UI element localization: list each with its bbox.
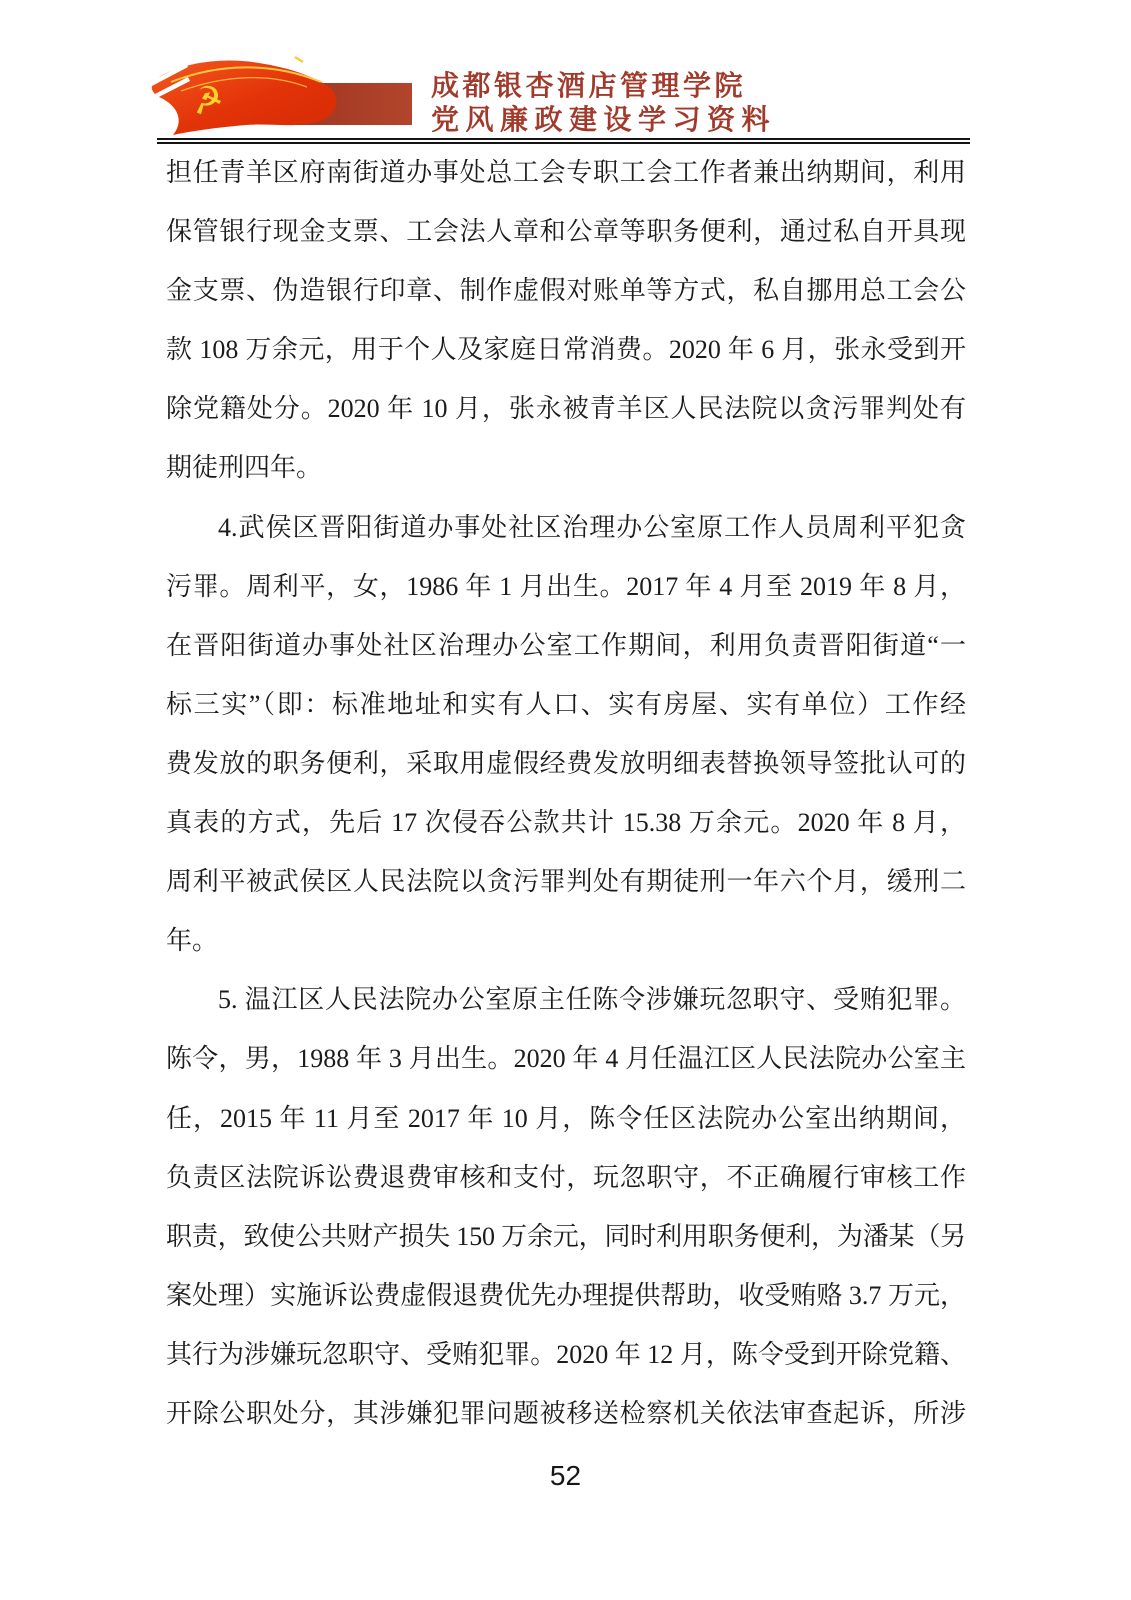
text-line: 在晋阳街道办事处社区治理办公室工作期间，利用负责晋阳街道“一 [166,616,966,675]
text-line: 保管银行现金支票、工会法人章和公章等职务便利，通过私自开具现 [166,202,966,261]
text-line: 开除公职处分，其涉嫌犯罪问题被移送检察机关依法审查起诉，所涉 [166,1384,966,1443]
document-body: 担任青羊区府南街道办事处总工会专职工会工作者兼出纳期间，利用保管银行现金支票、工… [166,143,966,1443]
text-line: 年。 [166,911,966,970]
party-flag-logo: ☭ [149,55,421,135]
text-line: 真表的方式，先后 17 次侵吞公款共计 15.38 万余元。2020 年 8 月… [166,793,966,852]
header-title-line2: 党风廉政建设学习资料 [431,104,776,138]
text-line: 4.武侯区晋阳街道办事处社区治理办公室原工作人员周利平犯贪 [166,498,966,557]
text-line: 负责区法院诉讼费退费审核和支付，玩忽职守，不正确履行审核工作 [166,1148,966,1207]
text-line: 其行为涉嫌玩忽职守、受贿犯罪。2020 年 12 月，陈令受到开除党籍、 [166,1325,966,1384]
header-title-line1: 成都银杏酒店管理学院 [431,70,776,104]
text-line: 标三实”（即：标准地址和实有人口、实有房屋、实有单位）工作经 [166,675,966,734]
text-line: 款 108 万余元，用于个人及家庭日常消费。2020 年 6 月，张永受到开 [166,320,966,379]
document-page: ☭ 成都银杏酒店管理学院 党风廉政建设学习资料 担任青羊区府南街道办事处总工会专… [0,0,1131,1600]
text-line: 金支票、伪造银行印章、制作虚假对账单等方式，私自挪用总工会公 [166,261,966,320]
text-line: 费发放的职务便利，采取用虚假经费发放明细表替换领导签批认可的 [166,734,966,793]
text-line: 除党籍处分。2020 年 10 月，张永被青羊区人民法院以贪污罪判处有 [166,379,966,438]
flag-body [152,61,337,135]
text-line: 陈令，男，1988 年 3 月出生。2020 年 4 月任温江区人民法院办公室主 [166,1029,966,1088]
text-line: 周利平被武侯区人民法院以贪污罪判处有期徒刑一年六个月，缓刑二 [166,852,966,911]
flag-spark [295,57,303,62]
text-line: 担任青羊区府南街道办事处总工会专职工会工作者兼出纳期间，利用 [166,143,966,202]
text-line: 职责，致使公共财产损失 150 万余元，同时利用职务便利，为潘某（另 [166,1207,966,1266]
text-line: 污罪。周利平，女，1986 年 1 月出生。2017 年 4 月至 2019 年… [166,557,966,616]
text-line: 期徒刑四年。 [166,438,966,497]
text-line: 任，2015 年 11 月至 2017 年 10 月，陈令任区法院办公室出纳期间… [166,1089,966,1148]
page-number: 52 [0,1460,1131,1492]
header-title: 成都银杏酒店管理学院 党风廉政建设学习资料 [431,70,776,138]
text-line: 案处理）实施诉讼费虚假退费优先办理提供帮助，收受贿赂 3.7 万元， [166,1266,966,1325]
text-line: 5. 温江区人民法院办公室原主任陈令涉嫌玩忽职守、受贿犯罪。 [166,970,966,1029]
